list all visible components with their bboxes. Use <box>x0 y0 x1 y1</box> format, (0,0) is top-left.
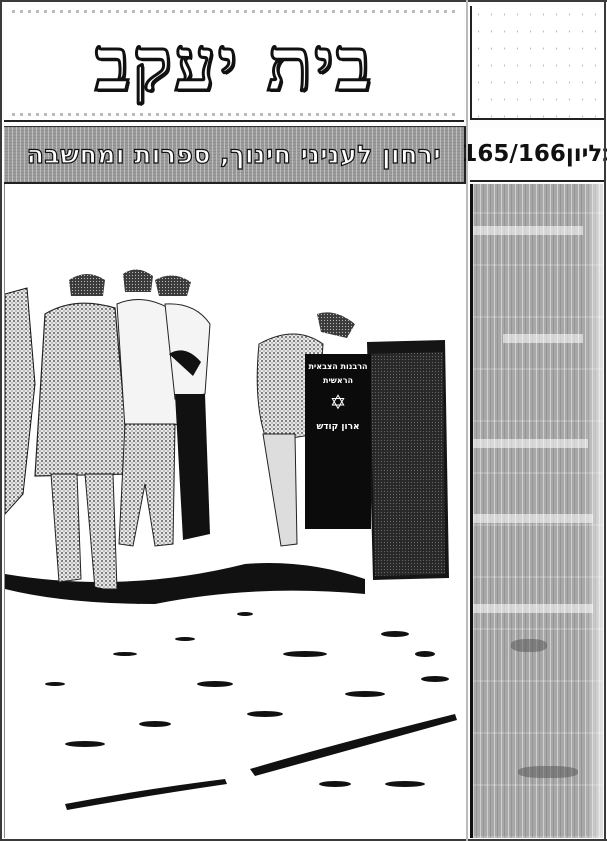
side-fade <box>585 184 603 838</box>
side-stripe <box>473 226 583 235</box>
masthead: בית יעקב <box>4 6 464 122</box>
corner-box <box>470 6 606 120</box>
magazine-cover: בית יעקב ירחון לעניני חינוך, ספרות ומחשב… <box>0 0 607 841</box>
frame-top <box>0 0 607 2</box>
photo-illustration <box>5 184 467 838</box>
issue-label-wrap: גליון165/166 <box>461 141 607 167</box>
frame-left <box>0 0 2 841</box>
issue-number: 165/166 <box>461 141 565 167</box>
side-stripe <box>473 439 588 448</box>
masthead-bottom-rule <box>12 113 456 116</box>
side-stripe <box>473 604 593 613</box>
subtitle-text: ירחון לעניני חינוך, ספרות ומחשבה <box>27 140 441 169</box>
column-divider <box>466 0 468 841</box>
side-stripe <box>503 334 583 343</box>
issue-box: גליון165/166 <box>470 128 604 182</box>
idf-emblem-icon: ✡ <box>307 391 369 413</box>
masthead-title: בית יעקב <box>4 20 464 110</box>
subtitle-band: ירחון לעניני חינוך, ספרות ומחשבה <box>4 126 468 184</box>
ark-sign-line3: ארון קודש <box>307 422 369 432</box>
side-column <box>470 184 603 838</box>
side-stripe <box>473 514 593 523</box>
ground-marks <box>45 612 457 810</box>
cover-photo: הרבנות הצבאית הראשית ✡ ארון קודש <box>4 184 467 838</box>
ark-sign-line2: הראשית <box>307 376 369 385</box>
ark-sign-line1: הרבנות הצבאית <box>307 362 369 371</box>
side-blob <box>511 639 547 652</box>
issue-label: גליון <box>566 141 607 167</box>
masthead-title-text: בית יעקב <box>95 20 374 110</box>
frame-right <box>604 0 606 841</box>
masthead-top-rule <box>12 10 456 13</box>
side-blob <box>518 766 578 778</box>
